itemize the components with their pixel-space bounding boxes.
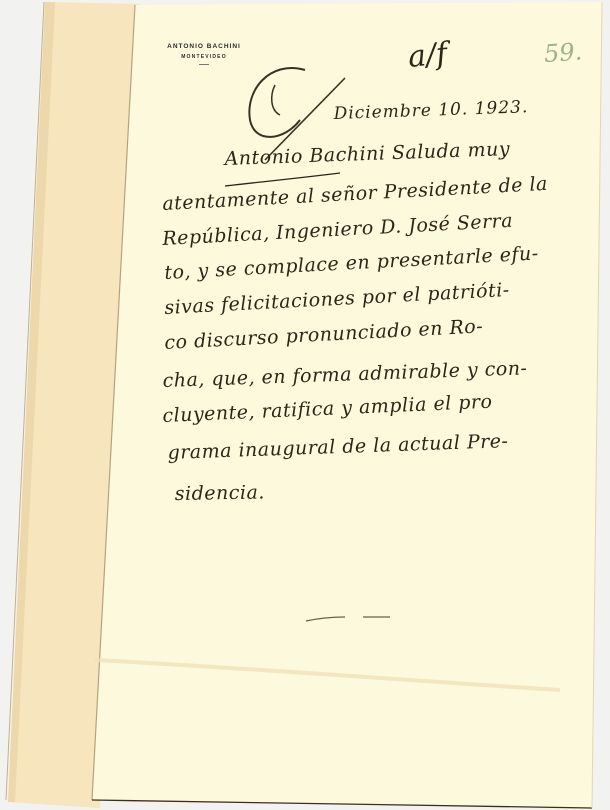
- letterhead-city: MONTEVIDEO: [163, 54, 245, 60]
- letterhead-rule: [199, 64, 209, 65]
- letterhead: ANTONIO BACHINI MONTEVIDEO: [163, 43, 245, 65]
- body-line: sidencia.: [175, 481, 265, 505]
- page-number: 59.: [543, 37, 583, 68]
- archive-mark: a/f: [406, 36, 449, 75]
- letterhead-name: ANTONIO BACHINI: [163, 43, 245, 50]
